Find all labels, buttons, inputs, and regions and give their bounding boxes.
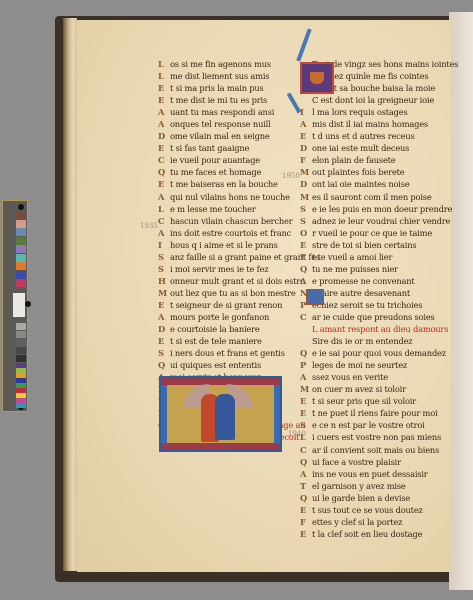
- line-text: t me dist ie mi tu es pris: [170, 95, 267, 105]
- line-initial: S: [300, 203, 312, 215]
- text-line: Si ners dous et frans et gentis: [158, 347, 320, 359]
- text-line: Assez vous en verite: [300, 371, 458, 383]
- line-initial: E: [300, 239, 312, 251]
- line-text: Sire dis ie or m entendez: [312, 336, 412, 346]
- line-text: elon plain de fausete: [312, 155, 396, 165]
- text-line: Car il convient soit mais ou biens: [300, 444, 458, 456]
- line-text: t la clef soit en lieu dostage: [312, 529, 422, 539]
- line-text: tu ne me puisses nier: [312, 264, 398, 274]
- color-swatch: [16, 262, 26, 270]
- line-initial: M: [300, 166, 312, 178]
- line-initial: I: [158, 239, 170, 251]
- color-swatch: [16, 347, 26, 354]
- text-line: Il ma lors requis ostages: [300, 106, 458, 118]
- text-line: Mout liez que tu as si bon mestre: [158, 287, 320, 299]
- text-line: Sire dis ie or m entendez: [300, 335, 458, 347]
- text-line: Qui le garde bien a devise: [300, 492, 458, 504]
- line-text: el garnison y avez mise: [312, 481, 406, 491]
- text-line: Mout plaintes fois berete: [300, 166, 458, 178]
- line-text: t seigneur de si grant renon: [170, 300, 282, 310]
- text-line: Et me baiseras en la bouche: [158, 178, 320, 190]
- text-line: Pleges de moi ne seurtez: [300, 359, 458, 371]
- text-line: Mes il sauront com il men poise: [300, 191, 458, 203]
- line-text: mours porte le gonfanon: [170, 312, 269, 322]
- line-initial: S: [158, 263, 170, 275]
- line-text: e ie les puis en mon doeur prendre: [312, 204, 452, 214]
- line-initial: Q: [158, 359, 170, 371]
- color-calibration-bar: [2, 200, 28, 412]
- line-initial: H: [158, 275, 170, 287]
- color-swatch: [16, 339, 26, 346]
- text-line: Ihous q i aime et si le prans: [158, 239, 320, 251]
- text-line: Ains doit estre courtois et franc: [158, 227, 320, 239]
- line-text: out plaintes fois berete: [312, 167, 405, 177]
- text-line: Aqui nul vilains hons ne touche: [158, 191, 320, 203]
- text-line: Et la clef soit en lieu dostage: [300, 528, 458, 540]
- line-initial: A: [158, 118, 170, 130]
- margin-note: 1935: [140, 222, 158, 230]
- text-line: Estre de toi si bien certains: [300, 239, 458, 251]
- line-text: leges de moi ne seurtez: [312, 360, 407, 370]
- line-initial: E: [300, 251, 312, 263]
- text-line: Ains ne vous en puet dessaisir: [300, 468, 458, 480]
- text-line: C est dont ioi la greigneur ioie: [300, 94, 458, 106]
- line-text: ettes y clef si la portez: [312, 517, 402, 527]
- line-text: mis dist il iai mains homages: [312, 119, 428, 129]
- line-initial: Q: [300, 492, 312, 504]
- line-text: one iai este mult deceus: [312, 143, 409, 153]
- color-swatch: [16, 271, 26, 279]
- text-line: Qui quiques est ententis: [158, 359, 320, 371]
- line-text: os si me fin agenons mus: [170, 59, 271, 69]
- text-line: Lme dist liement sus amis: [158, 70, 320, 82]
- illuminated-initial-p: [300, 62, 334, 94]
- line-text: t me baiseras en la bouche: [170, 179, 278, 189]
- line-initial: C: [300, 444, 312, 456]
- line-initial: D: [300, 178, 312, 190]
- line-initial: E: [158, 299, 170, 311]
- line-initial: M: [158, 287, 170, 299]
- color-swatch: [16, 279, 26, 287]
- line-text: i cuers est vostre non pas miens: [312, 432, 441, 442]
- color-swatch: [16, 211, 26, 219]
- text-line: Amis dist il iai mains homages: [300, 118, 458, 130]
- line-text: adnez ie leur voudrai chier vendre: [312, 216, 450, 226]
- line-initial: M: [300, 383, 312, 395]
- color-swatch: [16, 254, 26, 262]
- line-initial: A: [300, 371, 312, 383]
- calibration-dot: [18, 204, 24, 210]
- line-text: l ma lors requis ostages: [312, 107, 408, 117]
- text-line: Et si ma pris la main pus: [158, 82, 320, 94]
- text-line: Et ne puet il riens faire pour moi: [300, 407, 458, 419]
- line-text: out liez que tu as si bon mestre: [170, 288, 296, 298]
- line-initial: Q: [158, 166, 170, 178]
- line-text: stre de toi si bien certains: [312, 240, 416, 250]
- text-line: Qtu ne me puisses nier: [300, 263, 458, 275]
- color-swatch: [16, 245, 26, 253]
- line-text: ar il convient soit mais ou biens: [312, 445, 439, 455]
- color-swatch: [16, 237, 26, 245]
- text-line: Felon plain de fausete: [300, 154, 458, 166]
- line-text: qui nul vilains hons ne touche: [170, 192, 290, 202]
- text-line: Si moi servir mes ie te fez: [158, 263, 320, 275]
- text-line: Sanz faille si a grant paine et grant fe…: [158, 251, 320, 263]
- line-initial: Q: [300, 347, 312, 359]
- color-swatch: [16, 331, 26, 338]
- line-text: anz faille si a grant paine et grant fes: [170, 252, 320, 262]
- line-text: r vueil ie pour ce que ie taime: [312, 228, 432, 238]
- line-initial: S: [158, 251, 170, 263]
- text-line: Amours porte le gonfanon: [158, 311, 320, 323]
- line-initial: D: [300, 142, 312, 154]
- text-line: Et si est de tele maniere: [158, 335, 320, 347]
- text-line: Et si fas tant gaaigne: [158, 142, 320, 154]
- color-swatch: [16, 403, 26, 408]
- text-line: Chascun vilain chascun bercher: [158, 215, 320, 227]
- line-text: hascun vilain chascun bercher: [170, 216, 293, 226]
- text-line: Fettes y clef si la portez: [300, 516, 458, 528]
- line-text: t d uns et d autres receus: [312, 131, 415, 141]
- line-initial: E: [158, 178, 170, 190]
- line-initial: T: [300, 480, 312, 492]
- line-initial: L: [158, 58, 170, 70]
- line-text: ie vueil pour auantage: [170, 155, 260, 165]
- line-initial: A: [300, 118, 312, 130]
- line-text: e faire autre desavenant: [312, 288, 410, 298]
- text-line: Li cuers est vostre non pas miens: [300, 431, 458, 443]
- line-text: ui quiques est ententis: [170, 360, 261, 370]
- frame-border: [274, 385, 280, 443]
- line-initial: S: [300, 215, 312, 227]
- line-text: ins doit estre courtois et franc: [170, 228, 291, 238]
- line-text: e courtoisie la baniere: [170, 324, 260, 334]
- line-initial: S: [158, 347, 170, 359]
- line-text: t sus tout ce se vous doutez: [312, 505, 423, 515]
- line-text: ui face a vostre plaisir: [312, 457, 401, 467]
- text-line: Qe ie sai pour quoi vous demandez: [300, 347, 458, 359]
- text-line: Sadnez ie leur voudrai chier vendre: [300, 215, 458, 227]
- text-line: Et te vueil a amoi lier: [300, 251, 458, 263]
- line-initial: A: [300, 468, 312, 480]
- line-text: i moi servir mes ie te fez: [170, 264, 268, 274]
- line-initial: D: [158, 323, 170, 335]
- line-initial: Q: [300, 263, 312, 275]
- text-line: Se ce n est par le vostre otroi: [300, 419, 458, 431]
- line-text: t si fas tant gaaigne: [170, 143, 249, 153]
- text-line: Aonques tel response nuill: [158, 118, 320, 130]
- text-line: Or vueil ie pour ce que ie taime: [300, 227, 458, 239]
- text-line: Et seigneur de si grant renon: [158, 299, 320, 311]
- line-text: e m lesse me toucher: [170, 204, 256, 214]
- line-initial: E: [300, 504, 312, 516]
- line-initial: A: [158, 311, 170, 323]
- text-line: Et d uns et d autres receus: [300, 130, 458, 142]
- line-initial: E: [158, 94, 170, 106]
- illuminated-initial-s: [306, 289, 324, 305]
- line-text: e promesse ne convenant: [312, 276, 415, 286]
- text-line: Qui face a vostre plaisir: [300, 456, 458, 468]
- lover-figure: [215, 394, 235, 440]
- line-text: t si est de tele maniere: [170, 336, 262, 346]
- frame-border: [161, 443, 280, 450]
- text-line: L amant respont au dieu damours: [300, 323, 458, 335]
- line-initial: E: [158, 335, 170, 347]
- frame-border: [161, 378, 280, 385]
- line-initial: C: [158, 154, 170, 166]
- line-text: i ners dous et frans et gentis: [170, 348, 285, 358]
- calibration-label: [13, 293, 25, 317]
- color-swatch: [16, 355, 26, 362]
- line-initial: I: [300, 106, 312, 118]
- line-text: me dist liement sus amis: [170, 71, 269, 81]
- line-initial: A: [158, 227, 170, 239]
- color-swatch: [16, 220, 26, 228]
- line-initial: L: [158, 203, 170, 215]
- margin-note: 1940: [288, 430, 306, 438]
- line-text: tu me faces et homage: [170, 167, 261, 177]
- line-text: t ne puet il riens faire pour moi: [312, 408, 437, 418]
- text-line: Cie vueil pour auantage: [158, 154, 320, 166]
- frame-border: [161, 385, 167, 443]
- line-initial: D: [158, 130, 170, 142]
- calibration-dot: [25, 301, 31, 307]
- ship-icon: [310, 72, 324, 84]
- line-text: ont iai oie maintes noise: [312, 179, 410, 189]
- line-initial: E: [158, 82, 170, 94]
- text-line: De courtoisie la baniere: [158, 323, 320, 335]
- margin-note: 1950: [282, 172, 300, 180]
- line-initial: E: [300, 130, 312, 142]
- text-line: Done iai este mult deceus: [300, 142, 458, 154]
- line-initial: M: [300, 191, 312, 203]
- line-text: echiez seroit se tu trichoies: [312, 300, 422, 310]
- line-text: t si ma pris la main pus: [170, 83, 264, 93]
- text-line: Tel garnison y avez mise: [300, 480, 458, 492]
- text-line: Se ie les puis en mon doeur prendre: [300, 203, 458, 215]
- line-text: ome vilain mal en seigne: [170, 131, 270, 141]
- line-initial: C: [158, 215, 170, 227]
- text-line: Dome vilain mal en seigne: [158, 130, 320, 142]
- line-text: uant tu mas respondi ansi: [170, 107, 274, 117]
- line-text: hous q i aime et si le prans: [170, 240, 278, 250]
- line-text: t si seur pris que sil voloir: [312, 396, 416, 406]
- line-initial: A: [158, 106, 170, 118]
- text-line: Le m lesse me toucher: [158, 203, 320, 215]
- color-swatch: [16, 228, 26, 236]
- line-text: L amant respont au dieu damours: [312, 324, 448, 334]
- line-text: ui le garde bien a devise: [312, 493, 410, 503]
- line-initial: E: [158, 142, 170, 154]
- page-edges: [63, 18, 77, 571]
- line-initial: A: [300, 275, 312, 287]
- line-initial: E: [300, 528, 312, 540]
- text-line: Et sus tout ce se vous doutez: [300, 504, 458, 516]
- line-initial: P: [300, 359, 312, 371]
- line-text: ssez vous en verite: [312, 372, 388, 382]
- line-text: t te vueil a amoi lier: [312, 252, 392, 262]
- miniature-homage-scene: [159, 376, 282, 452]
- line-text: onneur mult grant et si dois estre: [170, 276, 305, 286]
- line-text: ins ne vous en puet dessaisir: [312, 469, 428, 479]
- line-initial: E: [300, 395, 312, 407]
- line-initial: Q: [300, 456, 312, 468]
- text-line: Ae promesse ne convenant: [300, 275, 458, 287]
- line-text: C est dont ioi la greigneur ioie: [312, 95, 434, 105]
- line-text: onques tel response nuill: [170, 119, 271, 129]
- text-line: Car ie cuide que preudons soies: [300, 311, 458, 323]
- line-text: on cuer m avez si toloir: [312, 384, 406, 394]
- line-initial: F: [300, 516, 312, 528]
- text-line: Dont iai oie maintes noise: [300, 178, 458, 190]
- line-initial: O: [300, 227, 312, 239]
- line-initial: E: [300, 407, 312, 419]
- line-initial: F: [300, 154, 312, 166]
- line-initial: A: [158, 191, 170, 203]
- line-text: e ie sai pour quoi vous demandez: [312, 348, 446, 358]
- color-swatch: [16, 323, 26, 330]
- line-text: e ce n est par le vostre otroi: [312, 420, 425, 430]
- text-line: Mon cuer m avez si toloir: [300, 383, 458, 395]
- line-text: es il sauront com il men poise: [312, 192, 432, 202]
- text-line: Honneur mult grant et si dois estre: [158, 275, 320, 287]
- line-text: ar ie cuide que preudons soies: [312, 312, 435, 322]
- line-initial: L: [158, 70, 170, 82]
- text-line: Et si seur pris que sil voloir: [300, 395, 458, 407]
- line-initial: C: [300, 311, 312, 323]
